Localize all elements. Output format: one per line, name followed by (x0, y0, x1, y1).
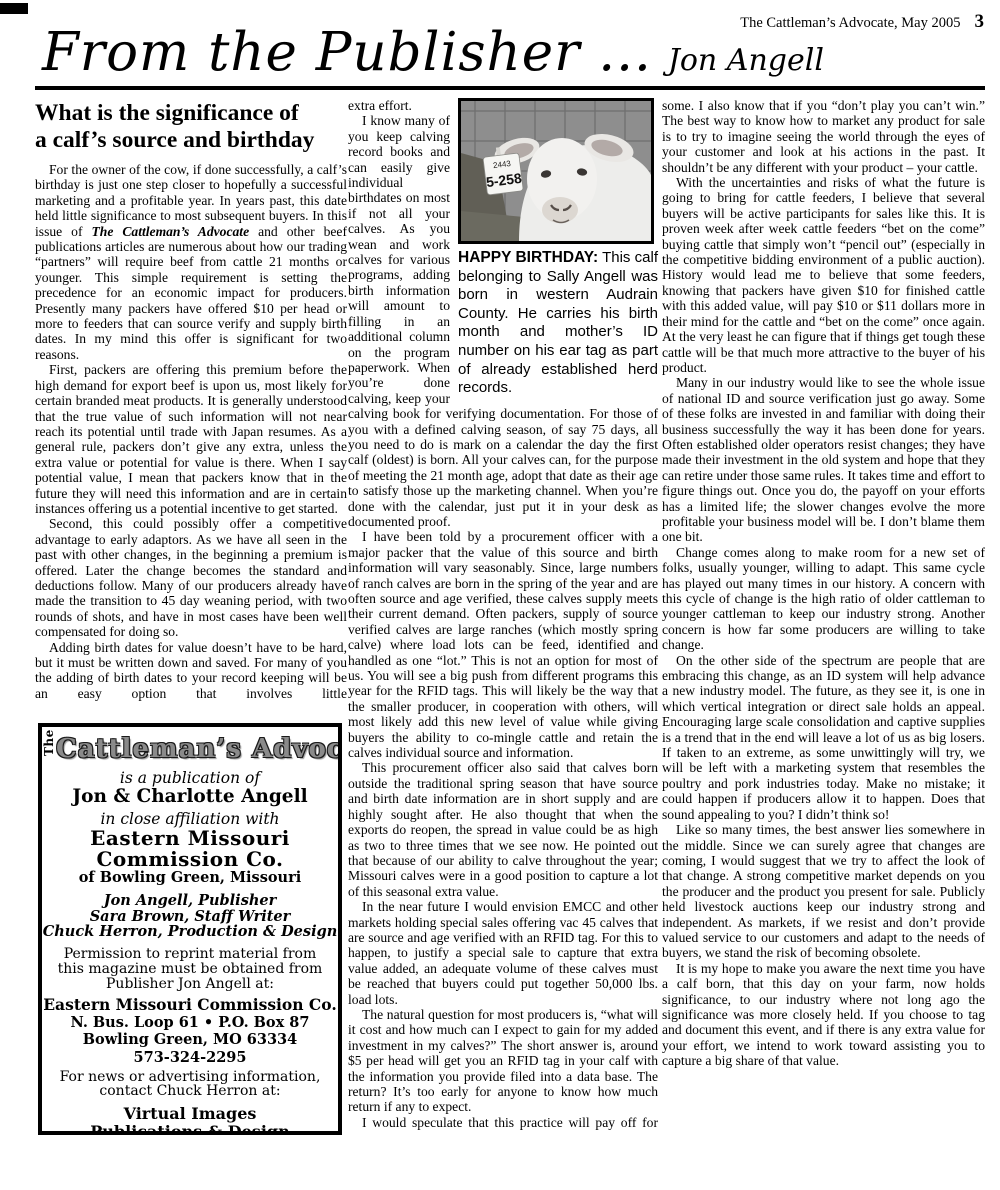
caption-label: HAPPY BIRTHDAY: (458, 249, 598, 266)
paragraph: Second, this could possibly offer a comp… (35, 516, 347, 639)
calf-illustration: 2443 5-258 (461, 101, 651, 241)
reprint-address-2: Bowling Green, MO 63334 (42, 1029, 338, 1047)
staff-list: Jon Angell, Publisher Sara Brown, Staff … (42, 893, 338, 940)
calf-photo: 2443 5-258 (458, 98, 654, 244)
owners-line: Jon & Charlotte Angell (42, 787, 338, 807)
publication-logo: TheCattleman’s Advocate (42, 734, 338, 766)
paragraph: Adding birth dates for value doesn’t hav… (35, 640, 347, 702)
paragraph: I would speculate that this practice wil… (348, 1115, 658, 1130)
masthead-author: Jon Angell (668, 43, 824, 78)
headline-line-1: What is the significance of (35, 100, 299, 126)
reprint-permission-text: Permission to reprint material from this… (56, 947, 324, 992)
photo-block: 2443 5-258 HAPPY BIRTHDAY: This calf bel… (458, 98, 658, 398)
staff-production: Chuck Herron, Production & Design (42, 924, 338, 940)
reprint-address-1: N. Bus. Loop 61 • P.O. Box 87 (42, 1012, 338, 1030)
staff-publisher: Jon Angell, Publisher (42, 893, 338, 909)
emcc-name-line-2: Commission Co. (42, 849, 338, 870)
paragraph: I have been told by a procurement office… (348, 529, 658, 760)
newspaper-page: The Cattleman’s Advocate, May 20053 From… (0, 0, 1000, 1190)
caption-text: This calf belonging to Sally Angell was … (458, 249, 658, 396)
paragraph: With the uncertainties and risks of what… (662, 175, 985, 375)
news-advertising-text: For news or advertising information, con… (52, 1070, 328, 1098)
reprint-company: Eastern Missouri Commission Co. (42, 997, 338, 1012)
paragraph: For the owner of the cow, if done succes… (35, 162, 347, 362)
masthead-rule (35, 86, 985, 90)
paragraph: The natural question for most producers … (348, 1007, 658, 1115)
column-middle: 2443 5-258 HAPPY BIRTHDAY: This calf bel… (348, 98, 658, 1130)
emcc-location: of Bowling Green, Missouri (42, 870, 338, 886)
paragraph: On the other side of the spectrum are pe… (662, 653, 985, 822)
paragraph-continuation: some. I also know that if you “don’t pla… (662, 98, 985, 175)
column-right: some. I also know that if you “don’t pla… (662, 98, 985, 1069)
virtual-images-subname: Publications & Design (42, 1121, 338, 1135)
masthead: From the Publisher ... Jon Angell (42, 22, 824, 83)
publication-title-inline: The Cattleman’s Advocate (91, 224, 249, 239)
virtual-images-block: Virtual Images Publications & Design P.O… (42, 1103, 338, 1135)
paragraph: Change comes along to make room for a ne… (662, 545, 985, 653)
publication-of-line: is a publication of (42, 770, 338, 787)
emcc-name-line-1: Eastern Missouri (42, 828, 338, 849)
logo-title: Cattleman’s Advocate (56, 734, 342, 764)
page-number: 3 (975, 11, 985, 32)
paragraph: Like so many times, the best answer lies… (662, 822, 985, 961)
paragraph: Many in our industry would like to see t… (662, 375, 985, 544)
reprint-phone: 573-324-2295 (42, 1047, 338, 1065)
publication-info-box: TheCattleman’s Advocate is a publication… (38, 723, 342, 1135)
calf-muzzle (542, 197, 578, 223)
column-left: What is the significance of a calf’s sou… (35, 98, 347, 701)
paragraph: It is my hope to make you aware the next… (662, 961, 985, 1069)
page-edge-mark (0, 3, 28, 14)
virtual-images-name: Virtual Images (42, 1103, 338, 1121)
logo-the-vertical: The (42, 742, 56, 756)
staff-writer: Sara Brown, Staff Writer (42, 909, 338, 925)
paragraph: This procurement officer also said that … (348, 760, 658, 899)
article-headline: What is the significance of a calf’s sou… (35, 100, 347, 154)
paragraph: First, packers are offering this premium… (35, 362, 347, 516)
photo-caption: HAPPY BIRTHDAY: This calf belonging to S… (458, 249, 658, 398)
headline-line-2: a calf’s source and birthday (35, 127, 314, 153)
paragraph-text: and other beef publications articles are… (35, 224, 347, 362)
paragraph: In the near future I would envision EMCC… (348, 899, 658, 1007)
reprint-contact-block: Eastern Missouri Commission Co. N. Bus. … (42, 997, 338, 1065)
masthead-title: From the Publisher ... (42, 22, 652, 83)
